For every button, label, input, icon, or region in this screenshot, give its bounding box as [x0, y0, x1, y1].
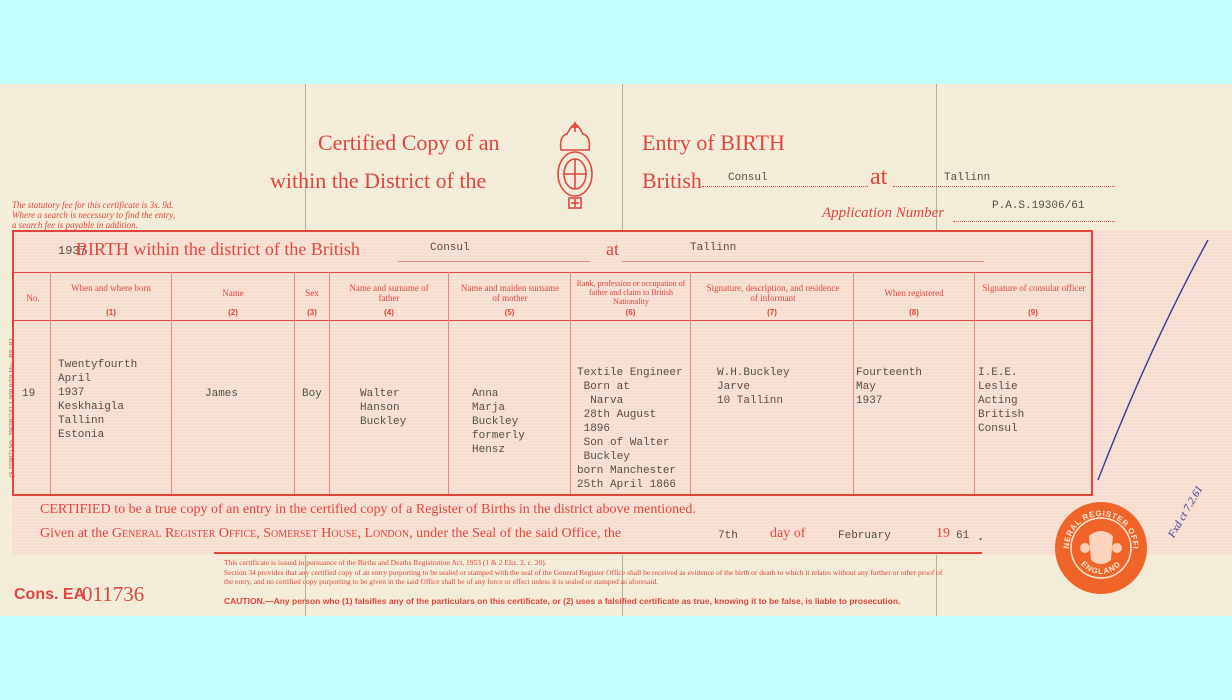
col-header-when-where: When and where born	[56, 283, 166, 293]
given-at-prefix: Given at the	[40, 526, 108, 541]
col-header-father: Name and surname of father	[338, 283, 440, 303]
col-num: (1)	[56, 308, 166, 317]
entry-father: Walter Hanson Buckley	[360, 387, 406, 429]
consul-field: Consul	[728, 172, 768, 184]
col-divider	[294, 272, 295, 494]
application-number-label: Application Number	[822, 205, 944, 222]
entry-rank: Textile Engineer Born at Narva 28th Augu…	[577, 366, 683, 492]
col-num: (2)	[172, 308, 294, 317]
fee-note: The statutory fee for this certificate i…	[12, 200, 175, 230]
entry-no: 19	[22, 387, 35, 401]
entry-name: James	[205, 387, 238, 401]
cert-month: February	[838, 530, 891, 542]
register-frame	[12, 230, 1093, 496]
col-divider	[570, 272, 571, 494]
cert-period: .	[977, 530, 984, 544]
entry-officer: I.E.E. Leslie Acting British Consul	[978, 366, 1024, 436]
royal-crest-icon	[553, 122, 597, 214]
register-place: Tallinn	[690, 242, 736, 254]
birth-certificate: Certified Copy of an within the District…	[0, 84, 1232, 616]
certified-line: CERTIFIED to be a true copy of an entry …	[40, 502, 696, 518]
title-british: British	[642, 168, 702, 194]
col-divider	[329, 272, 330, 494]
at-label: at	[870, 164, 887, 191]
notice-act: This certificate is issued in pursuance …	[224, 558, 944, 567]
col-header-mother: Name and maiden surname of mother	[458, 283, 562, 303]
title-within-district: within the District of the	[270, 168, 486, 194]
entry-registered: Fourteenth May 1937	[856, 366, 922, 408]
entry-sex: Boy	[302, 387, 322, 401]
col-header-sex: Sex	[295, 288, 329, 298]
cert-day-of: day of	[770, 526, 805, 542]
header-bottom-line	[14, 320, 1091, 321]
pen-stroke	[1090, 236, 1220, 486]
register-at-label: at	[606, 239, 619, 260]
col-header-rank: Rank, profession or occupation of father…	[572, 279, 690, 306]
register-district: Consul	[430, 242, 470, 254]
col-divider	[171, 272, 172, 494]
col-divider	[690, 272, 691, 494]
col-divider	[50, 272, 51, 494]
district-line	[398, 261, 590, 262]
place-field: Tallinn	[944, 172, 990, 184]
caution-notice: CAUTION.—Any person who (1) falsifies an…	[224, 596, 900, 606]
given-at-office: General Register Office, Somerset House,…	[112, 526, 413, 541]
cert-day: 7th	[718, 530, 738, 542]
title-certified-copy: Certified Copy of an	[318, 130, 499, 156]
cert-rule	[214, 552, 982, 554]
given-at-line: Given at the General Register Office, So…	[40, 526, 621, 542]
notice-section-34: Section 34 provides that any certified c…	[224, 568, 944, 586]
fee-note-line: The statutory fee for this certificate i…	[12, 200, 175, 210]
table-top-line	[14, 272, 1091, 273]
consul-field-line	[702, 185, 868, 187]
col-header-name: Name	[172, 288, 294, 298]
col-divider	[853, 272, 854, 494]
serial-prefix: Cons. EA	[14, 586, 85, 604]
col-header-no: No.	[16, 293, 50, 303]
application-number: P.A.S.19306/61	[992, 200, 1084, 212]
fee-note-line: a search fee is payable in addition.	[12, 220, 175, 230]
col-num: (4)	[330, 308, 448, 317]
col-num: (5)	[449, 308, 570, 317]
col-header-officer: Signature of consular officer	[982, 283, 1086, 293]
col-divider	[974, 272, 975, 494]
title-entry-of-birth: Entry of BIRTH	[642, 130, 785, 156]
col-num: (9)	[975, 308, 1091, 317]
serial-number: 011736	[82, 582, 144, 607]
col-num: (7)	[691, 308, 853, 317]
entry-when-where: Twentyfourth April 1937 Keskhaigla Talli…	[58, 358, 137, 442]
col-num: (6)	[571, 308, 690, 317]
col-header-registered: When registered	[854, 288, 974, 298]
fee-note-line: Where a search is necessary to find the …	[12, 210, 175, 220]
given-at-suffix: under the Seal of the said Office, the	[416, 526, 621, 541]
cert-year-suffix: 61	[956, 530, 969, 542]
register-heading: BIRTH within the district of the British	[76, 239, 360, 260]
place-line	[622, 261, 984, 262]
side-print: (S.15907) Wt. 39698/242 1,000 9/59 Hw.–R…	[8, 298, 16, 518]
entry-mother: Anna Marja Buckley formerly Hensz	[472, 387, 525, 457]
entry-informant: W.H.Buckley Jarve 10 Tallinn	[717, 366, 790, 408]
col-num: (8)	[854, 308, 974, 317]
place-field-line	[893, 185, 1115, 187]
cert-year-prefix: 19	[936, 526, 950, 542]
col-header-informant: Signature, description, and residence of…	[702, 283, 844, 303]
col-num: (3)	[295, 308, 329, 317]
application-number-line	[953, 220, 1115, 222]
general-register-office-seal: GENERAL REGISTER OFFICE ENGLAND	[1055, 502, 1147, 594]
seal-emblem-icon: GENERAL REGISTER OFFICE ENGLAND	[1055, 502, 1147, 594]
col-divider	[448, 272, 449, 494]
